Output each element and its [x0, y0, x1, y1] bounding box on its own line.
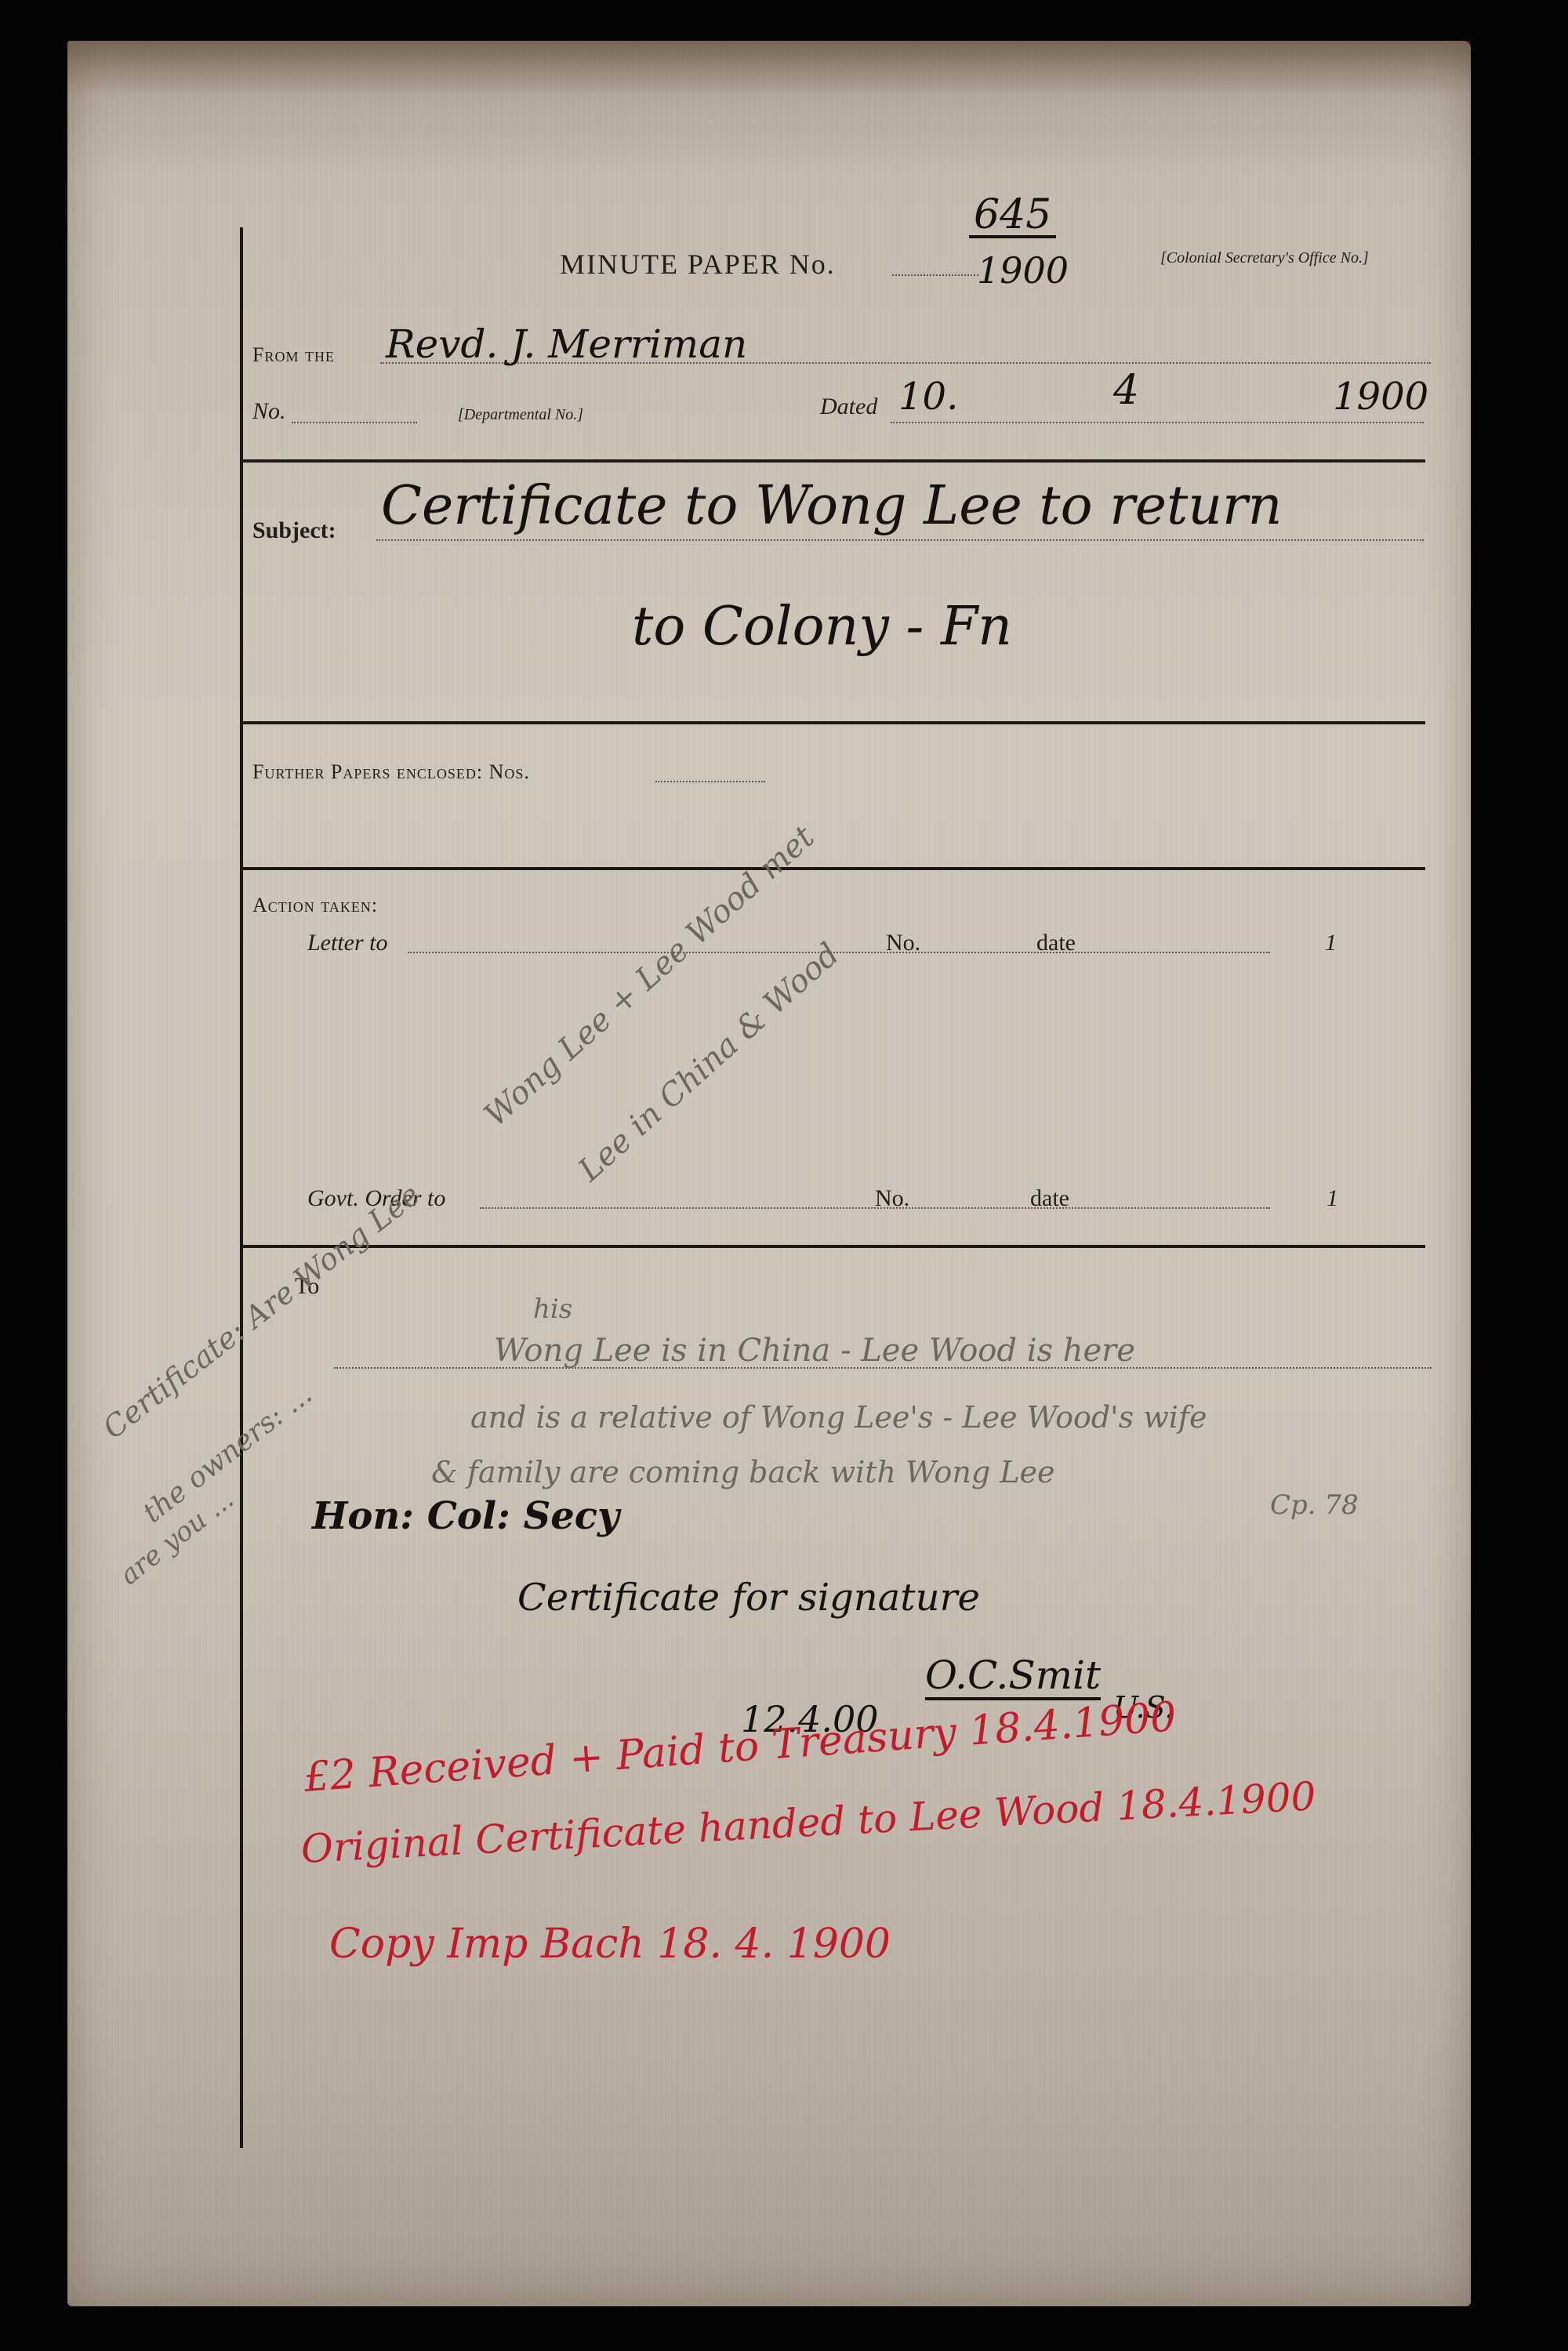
departmental-no-label: [Departmental No.] [458, 406, 583, 424]
letter-year-suffix: 1 [1325, 930, 1337, 956]
dated-label: Dated [820, 394, 877, 420]
govt-order-no-label: No. [875, 1185, 909, 1212]
subject-line-2: to Colony - Fn [632, 596, 1012, 658]
subject-dots [376, 539, 1424, 541]
pencil-note-line-0: his [533, 1293, 572, 1325]
minute-number-dots [892, 274, 978, 276]
govt-order-year-suffix: 1 [1327, 1185, 1338, 1212]
paper-top-shadow [67, 41, 1471, 96]
rule-after-dated [240, 459, 1425, 463]
no-label: No. [252, 398, 286, 425]
action-taken-label: Action taken: [252, 894, 378, 917]
from-label: From the [252, 343, 335, 367]
red-note-copy: Copy Imp Bach 18. 4. 1900 [329, 1921, 891, 1968]
ink-instruction: Certificate for signature [517, 1576, 980, 1620]
rule-after-subject [240, 721, 1425, 724]
minute-year: 1900 [977, 249, 1069, 292]
office-number-label: [Colonial Secretary's Office No.] [1160, 249, 1369, 267]
subject-label: Subject: [252, 517, 336, 544]
further-papers-dots [655, 781, 765, 782]
letter-to-label: Letter to [307, 930, 388, 956]
letter-no-label: No. [886, 930, 920, 956]
dated-year: 1900 [1333, 375, 1428, 419]
pencil-note-line-1: Wong Lee is in China - Lee Wood is here [494, 1333, 1135, 1369]
further-papers-label: Further Papers enclosed: Nos. [252, 760, 530, 784]
subject-line-1: Certificate to Wong Lee to return [381, 475, 1282, 537]
pencil-note-ref: Cp. 78 [1270, 1489, 1359, 1521]
rule-after-govt-order [240, 1245, 1425, 1248]
letter-date-label: date [1036, 930, 1076, 956]
dated-month: 4 [1113, 367, 1139, 414]
dated-day: 10. [898, 375, 958, 419]
departmental-no-dots [292, 422, 417, 423]
pencil-note-line-3: & family are coming back with Wong Lee [431, 1455, 1054, 1489]
govt-order-date-label: date [1030, 1185, 1069, 1212]
from-value: Revd. J. Merriman [386, 321, 747, 367]
rule-after-further-papers [240, 867, 1425, 870]
dated-dots [891, 422, 1424, 423]
ink-signature: O.C.Smit [925, 1654, 1101, 1700]
minute-number: 645 [969, 194, 1056, 238]
pencil-note-line-2: and is a relative of Wong Lee's - Lee Wo… [470, 1400, 1207, 1435]
left-margin-rule [240, 227, 243, 2148]
form-title: MINUTE PAPER No. [560, 248, 836, 281]
ink-addressee: Hon: Col: Secy [312, 1494, 619, 1538]
letter-to-dots [408, 952, 1270, 953]
